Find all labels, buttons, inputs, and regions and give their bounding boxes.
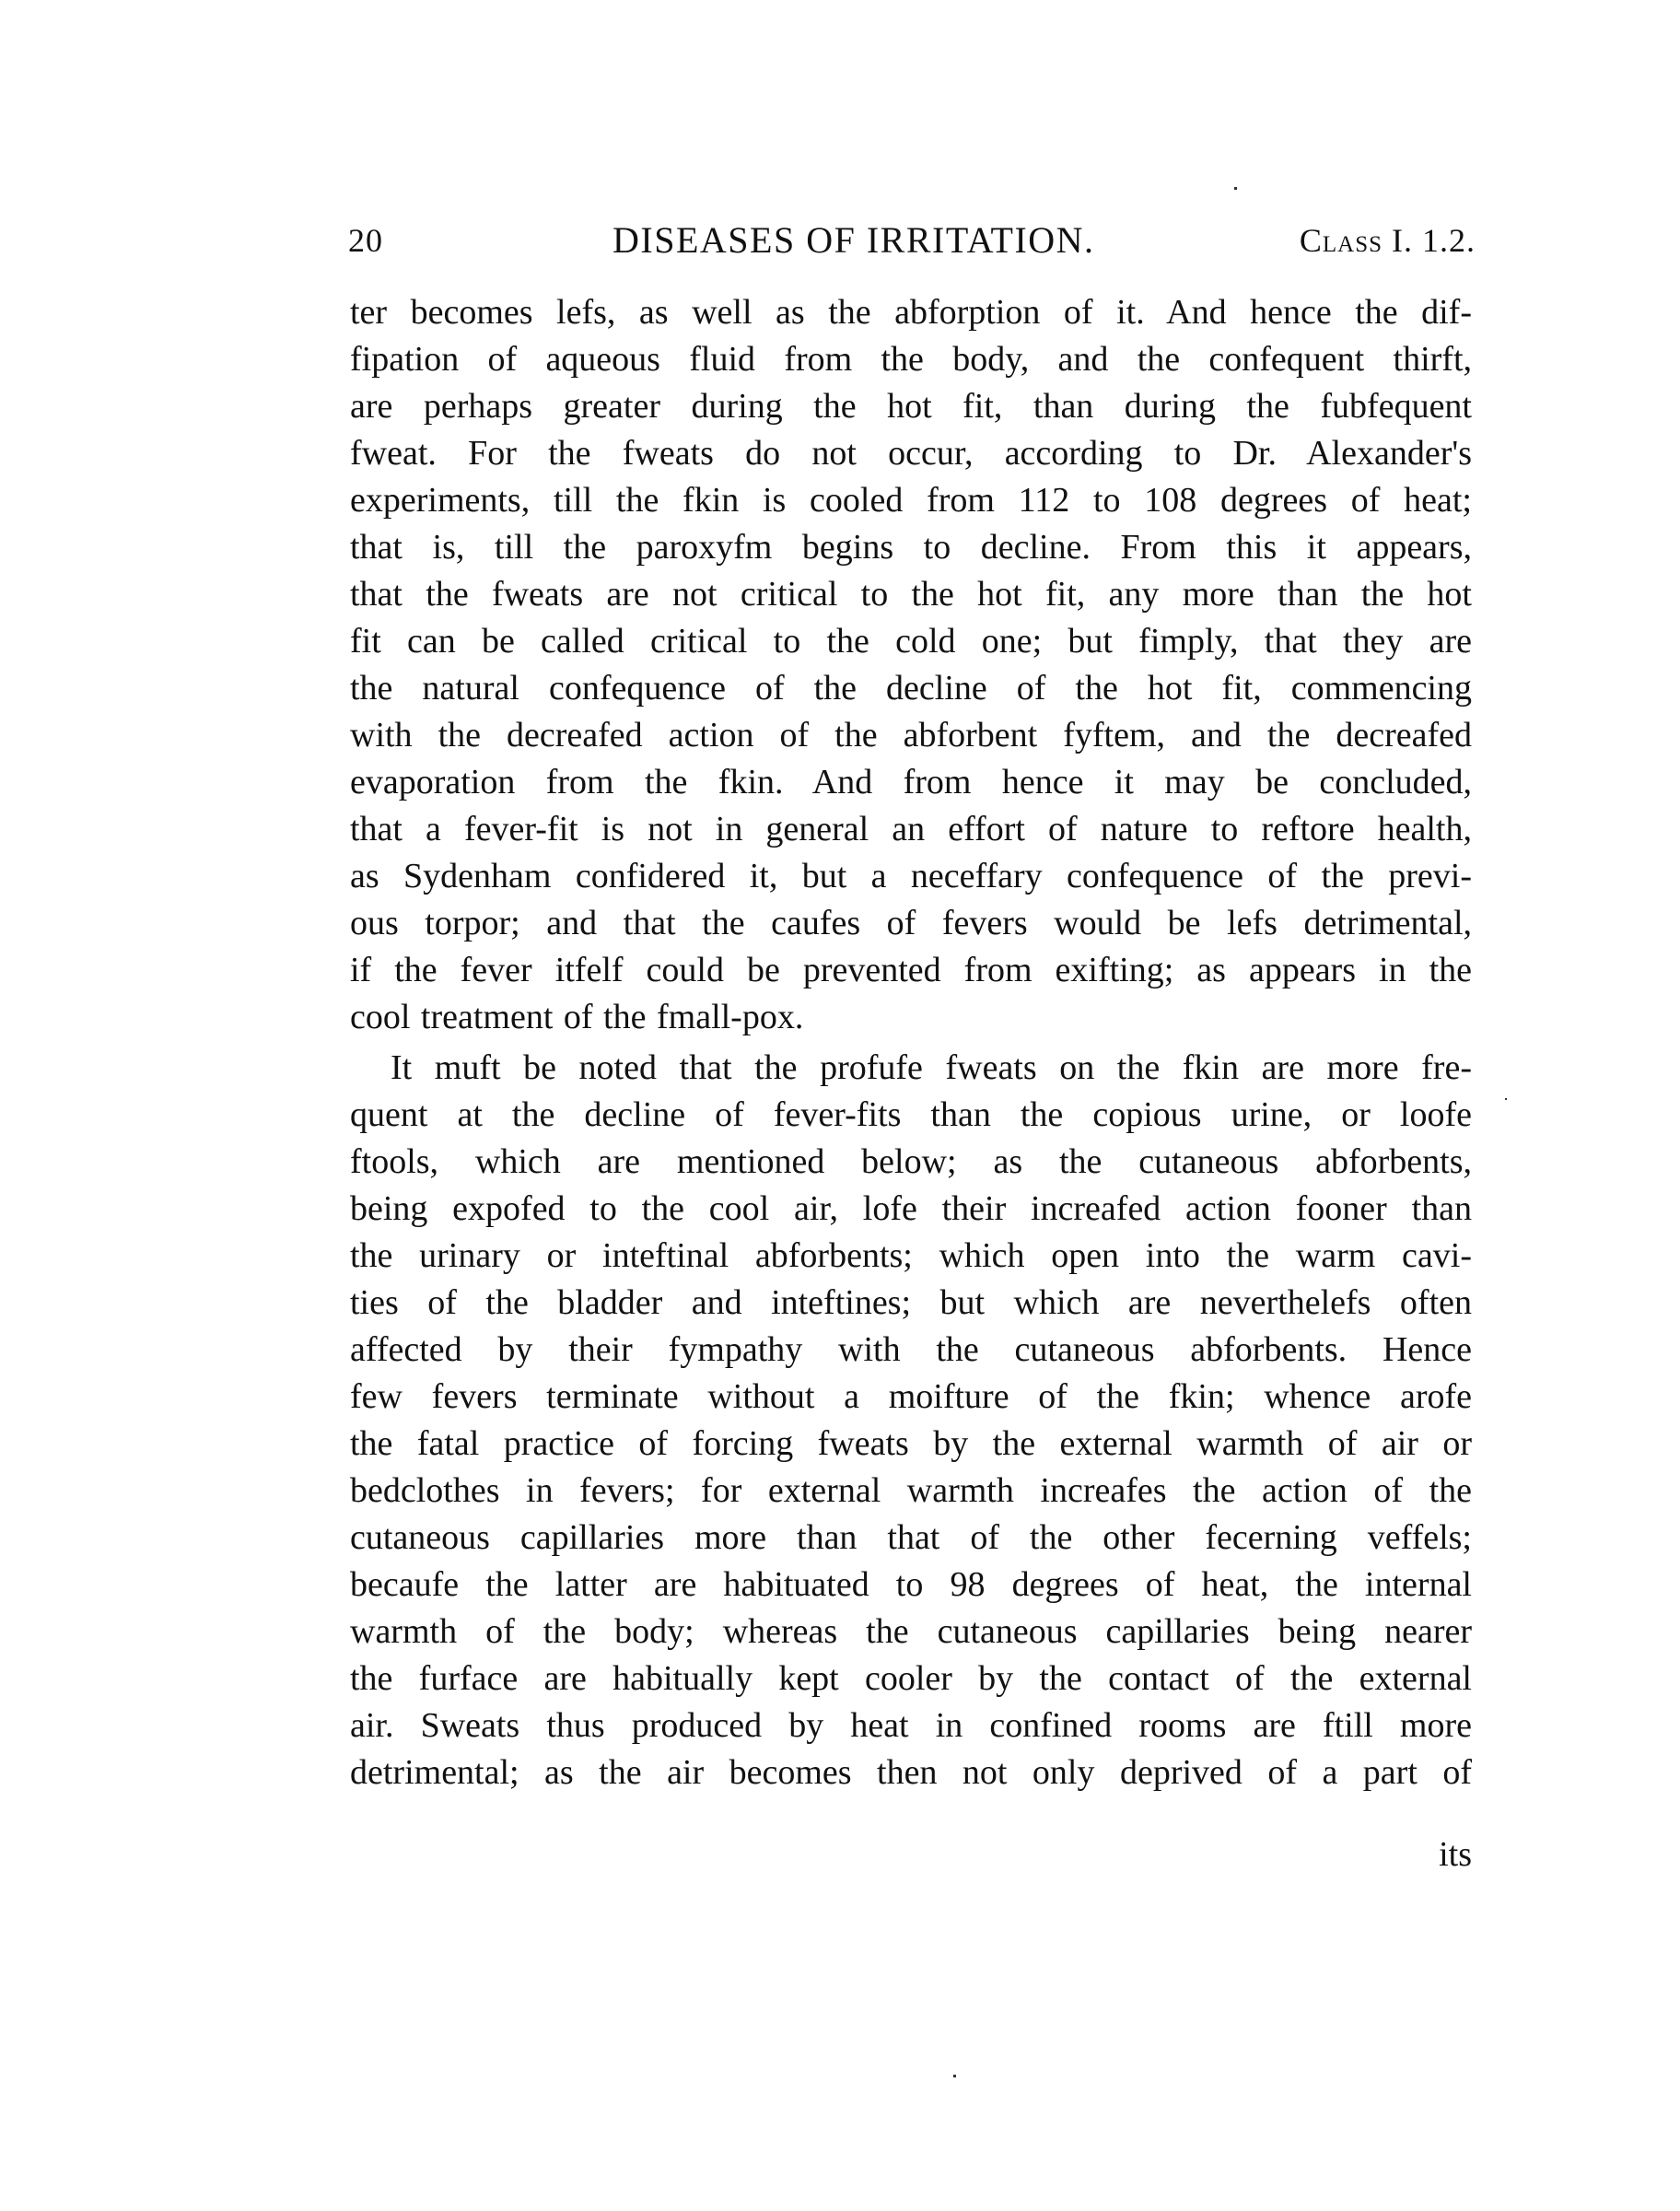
text-line: are perhaps greater during the hot fit, … (350, 383, 1472, 430)
text-line: detrimental; as the air becomes then not… (350, 1749, 1472, 1796)
text-line: with the decreafed action of the abforbe… (350, 712, 1472, 759)
catchword: its (1439, 1831, 1472, 1878)
text-line: ous torpor; and that the caufes of fever… (350, 900, 1472, 947)
class-reference: Class I. 1.2. (1300, 217, 1476, 263)
paragraph-1: ter becomes lefs, as well as the abforpt… (350, 289, 1472, 1041)
text-line: being expofed to the cool air, lofe thei… (350, 1186, 1472, 1233)
text-line: the fatal practice of forcing fweats by … (350, 1421, 1472, 1468)
chapter-title: DISEASES OF IRRITATION. (612, 217, 1095, 263)
text-line: affected by their fympathy with the cuta… (350, 1327, 1472, 1374)
text-line: fweat. For the fweats do not occur, acco… (350, 430, 1472, 477)
text-line: that is, till the paroxyfm begins to dec… (350, 524, 1472, 571)
page-number: 20 (348, 217, 383, 263)
text-line: that a fever-fit is not in general an ef… (350, 806, 1472, 853)
text-line: the natural confequence of the decline o… (350, 665, 1472, 712)
body-text: ter becomes lefs, as well as the abforpt… (350, 289, 1472, 1796)
running-head: 20 DISEASES OF IRRITATION. Class I. 1.2. (348, 217, 1476, 263)
text-line: experiments, till the fkin is cooled fro… (350, 477, 1472, 524)
text-line: few fevers terminate without a moifture … (350, 1374, 1472, 1421)
text-line: cutaneous capillaries more than that of … (350, 1515, 1472, 1562)
text-line: as Sydenham confidered it, but a neceffa… (350, 853, 1472, 900)
text-line: the urinary or inteftinal abforbents; wh… (350, 1233, 1472, 1280)
text-line: becaufe the latter are habituated to 98 … (350, 1562, 1472, 1609)
text-line: bedclothes in fevers; for external warmt… (350, 1468, 1472, 1515)
text-line: fit can be called critical to the cold o… (350, 618, 1472, 665)
text-line: ties of the bladder and inteftines; but … (350, 1280, 1472, 1327)
paper-speck (1234, 187, 1237, 190)
text-line: evaporation from the fkin. And from henc… (350, 759, 1472, 806)
text-line: if the fever itfelf could be prevented f… (350, 947, 1472, 994)
text-line: cool treatment of the fmall-pox. (350, 994, 1472, 1041)
text-line: that the fweats are not critical to the … (350, 571, 1472, 618)
text-line: warmth of the body; whereas the cutaneou… (350, 1609, 1472, 1655)
text-line: the furface are habitually kept cooler b… (350, 1655, 1472, 1702)
book-page: 20 DISEASES OF IRRITATION. Class I. 1.2.… (0, 0, 1680, 2211)
text-line: quent at the decline of fever-fits than … (350, 1092, 1472, 1139)
text-line: ter becomes lefs, as well as the abforpt… (350, 289, 1472, 336)
paragraph-2: It muft be noted that the profufe fweats… (350, 1045, 1472, 1796)
paper-speck (953, 2075, 956, 2077)
text-line: It muft be noted that the profufe fweats… (350, 1045, 1472, 1092)
text-line: fipation of aqueous fluid from the body,… (350, 336, 1472, 383)
paper-speck (1505, 1098, 1507, 1100)
text-line: ftools, which are mentioned below; as th… (350, 1139, 1472, 1186)
text-line: air. Sweats thus produced by heat in con… (350, 1702, 1472, 1749)
